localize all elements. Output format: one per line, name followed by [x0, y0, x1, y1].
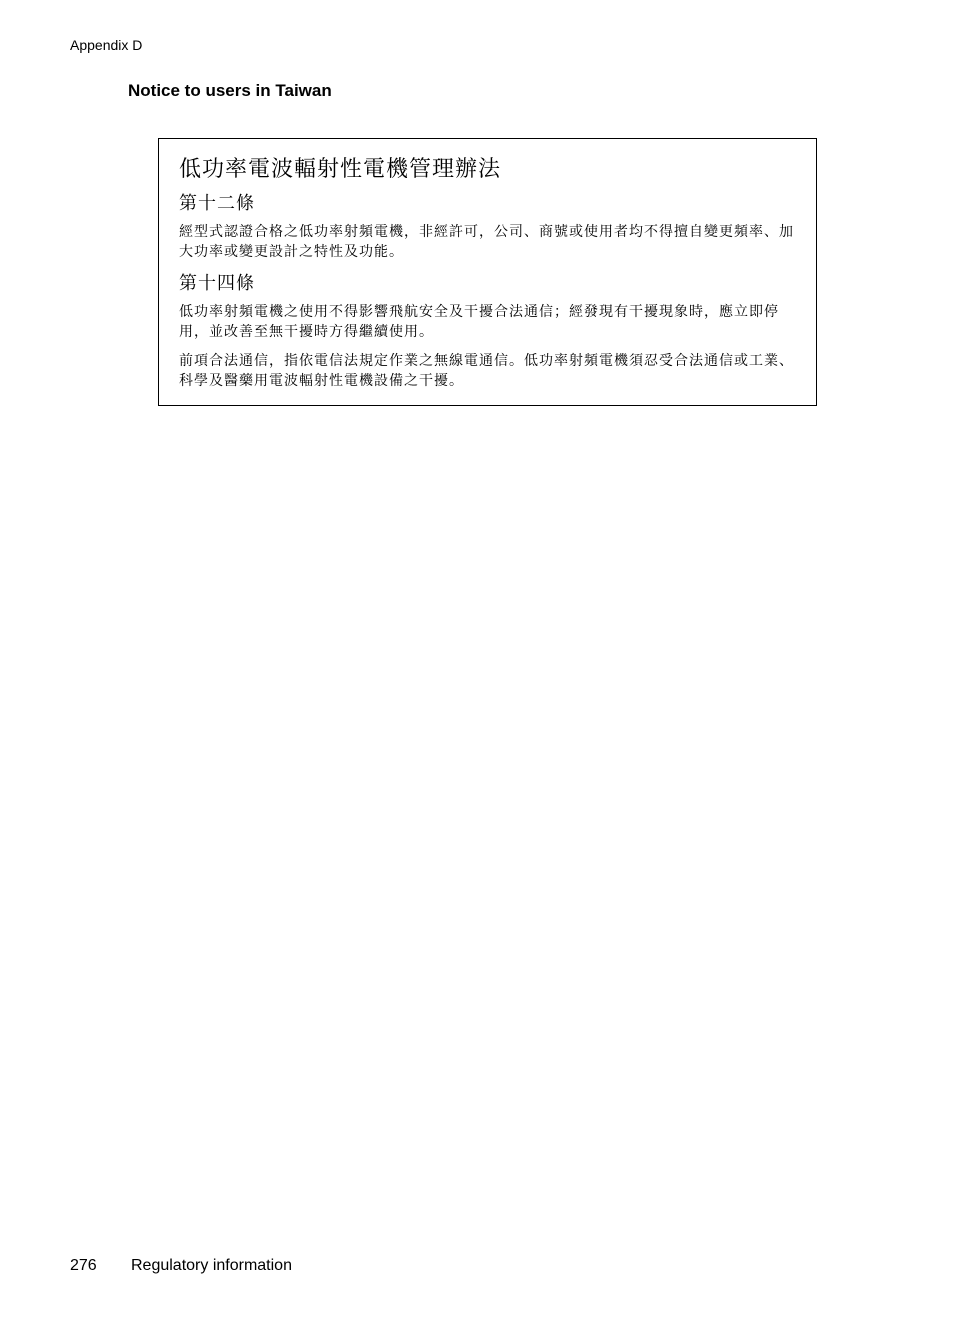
section-title: Notice to users in Taiwan [128, 81, 332, 101]
running-header: Appendix D [70, 37, 142, 53]
article-12-paragraph: 經型式認證合格之低功率射頻電機，非經許可，公司、商號或使用者均不得擅自變更頻率、… [179, 221, 801, 261]
footer-page-number: 276 [70, 1257, 97, 1275]
article-14-heading: 第十四條 [179, 269, 255, 295]
article-14-paragraph-2: 前項合法通信，指依電信法規定作業之無線電通信。低功率射頻電機須忍受合法通信或工業… [179, 350, 801, 390]
article-14-paragraph-1: 低功率射頻電機之使用不得影響飛航安全及干擾合法通信；經發現有干擾現象時，應立即停… [179, 301, 801, 341]
footer-chapter-label: Regulatory information [131, 1257, 292, 1275]
notice-box: 低功率電波輻射性電機管理辦法 第十二條 經型式認證合格之低功率射頻電機，非經許可… [158, 138, 817, 406]
notice-box-title: 低功率電波輻射性電機管理辦法 [179, 152, 501, 183]
article-12-heading: 第十二條 [179, 189, 255, 215]
